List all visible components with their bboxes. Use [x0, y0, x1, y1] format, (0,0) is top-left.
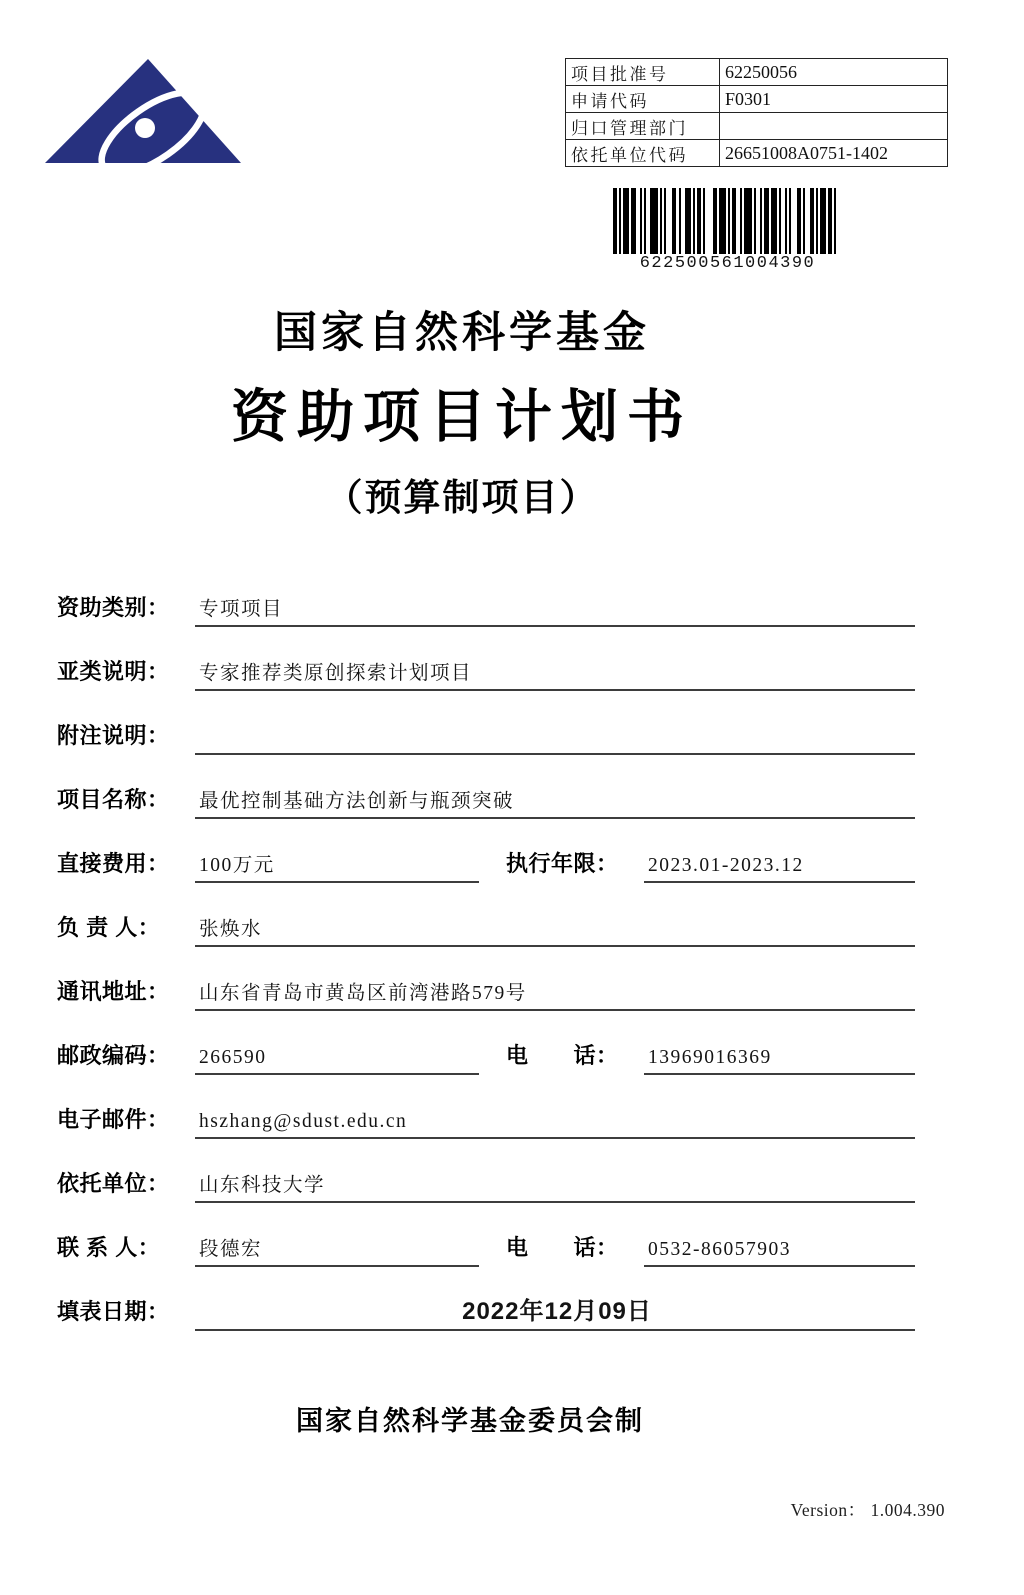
field-label: 亚类说明：	[57, 655, 195, 691]
form-row: 联 系 人：段德宏电 话：0532-86057903	[57, 1203, 915, 1267]
meta-value: 62250056	[720, 59, 948, 86]
field-label: 依托单位：	[57, 1167, 195, 1203]
field-label: 附注说明：	[57, 719, 195, 755]
field-underline: 最优控制基础方法创新与瓶颈突破	[195, 783, 915, 819]
barcode-bar	[650, 188, 658, 254]
form-row: 填表日期：2022年12月09日	[57, 1267, 915, 1331]
field-value: 100万元	[195, 849, 275, 881]
meta-label: 申请代码	[566, 86, 720, 113]
form-row: 依托单位：山东科技大学	[57, 1139, 915, 1203]
barcode-bars	[613, 188, 842, 254]
field-underline: 专家推荐类原创探索计划项目	[195, 655, 915, 691]
field-underline: 266590	[195, 1039, 479, 1075]
barcode-bar	[834, 188, 836, 254]
field-underline: 山东科技大学	[195, 1167, 915, 1203]
version-label: Version：	[791, 1500, 866, 1520]
field-value: 张焕水	[195, 913, 262, 945]
meta-label: 依托单位代码	[566, 140, 720, 167]
nsfc-logo	[45, 55, 241, 167]
field-underline: 2022年12月09日	[195, 1291, 915, 1331]
field-underline: 100万元	[195, 847, 479, 883]
field-value: 13969016369	[644, 1047, 772, 1073]
field-underline: 段德宏	[195, 1231, 479, 1267]
field-label: 邮政编码：	[57, 1039, 195, 1075]
field-underline: 13969016369	[644, 1039, 915, 1075]
field-label: 项目名称：	[57, 783, 195, 819]
page-title-subtitle: （预算制项目）	[0, 467, 924, 521]
field-underline: 0532-86057903	[644, 1231, 915, 1267]
field-label: 填表日期：	[57, 1295, 195, 1331]
barcode-number: 622500561004390	[613, 254, 842, 274]
cover-form: 资助类别：专项项目亚类说明：专家推荐类原创探索计划项目附注说明：项目名称：最优控…	[57, 563, 915, 1331]
meta-value: F0301	[720, 86, 948, 113]
field-value: 山东科技大学	[195, 1169, 325, 1201]
form-row: 亚类说明：专家推荐类原创探索计划项目	[57, 627, 915, 691]
meta-table-row: 依托单位代码26651008A0751-1402	[566, 140, 948, 167]
form-row: 邮政编码：266590电 话：13969016369	[57, 1011, 915, 1075]
form-row: 项目名称：最优控制基础方法创新与瓶颈突破	[57, 755, 915, 819]
field-label: 负 责 人：	[57, 911, 195, 947]
page-title-organization: 国家自然科学基金	[0, 299, 924, 360]
form-row: 附注说明：	[57, 691, 915, 755]
meta-value	[720, 113, 948, 140]
field-value: hszhang@sdust.edu.cn	[195, 1111, 407, 1137]
field-label: 直接费用：	[57, 847, 195, 883]
page-title-main: 资助项目计划书	[0, 371, 924, 453]
field-value: 山东省青岛市黄岛区前湾港路579号	[195, 977, 527, 1009]
field-label: 执行年限：	[506, 847, 644, 883]
field-value: 专项项目	[195, 593, 283, 625]
form-row: 负 责 人：张焕水	[57, 883, 915, 947]
field-underline: 山东省青岛市黄岛区前湾港路579号	[195, 975, 915, 1011]
field-value	[195, 749, 199, 753]
meta-label: 项目批准号	[566, 59, 720, 86]
form-row: 电子邮件：hszhang@sdust.edu.cn	[57, 1075, 915, 1139]
field-value: 266590	[195, 1047, 267, 1073]
field-value: 专家推荐类原创探索计划项目	[195, 657, 472, 689]
field-underline	[195, 719, 915, 755]
field-label: 资助类别：	[57, 591, 195, 627]
field-label: 电 话：	[506, 1039, 644, 1075]
nsfc-logo-graphic	[45, 55, 241, 167]
barcode: 622500561004390	[613, 188, 842, 274]
barcode-gap	[705, 188, 713, 254]
field-underline: 专项项目	[195, 591, 915, 627]
field-label: 电 话：	[506, 1231, 644, 1267]
field-underline: hszhang@sdust.edu.cn	[195, 1103, 915, 1139]
footer-issuer: 国家自然科学基金委员会制	[0, 1399, 940, 1438]
field-value: 0532-86057903	[644, 1239, 791, 1265]
field-value: 段德宏	[195, 1233, 262, 1265]
form-row: 资助类别：专项项目	[57, 563, 915, 627]
field-label: 联 系 人：	[57, 1231, 195, 1267]
field-label: 通讯地址：	[57, 975, 195, 1011]
field-value: 最优控制基础方法创新与瓶颈突破	[195, 785, 514, 817]
meta-value: 26651008A0751-1402	[720, 140, 948, 167]
meta-table-row: 申请代码F0301	[566, 86, 948, 113]
version-line: Version： 1.004.390	[791, 1497, 945, 1522]
meta-table-row: 归口管理部门	[566, 113, 948, 140]
meta-table-row: 项目批准号62250056	[566, 59, 948, 86]
version-value: 1.004.390	[871, 1500, 946, 1520]
field-value: 2022年12月09日	[458, 1291, 652, 1329]
form-row: 直接费用：100万元执行年限：2023.01-2023.12	[57, 819, 915, 883]
field-value: 2023.01-2023.12	[644, 855, 804, 881]
meta-label: 归口管理部门	[566, 113, 720, 140]
field-underline: 张焕水	[195, 911, 915, 947]
project-meta-table: 项目批准号62250056申请代码F0301归口管理部门依托单位代码266510…	[565, 58, 948, 167]
field-underline: 2023.01-2023.12	[644, 847, 915, 883]
barcode-bar	[744, 188, 752, 254]
field-label: 电子邮件：	[57, 1103, 195, 1139]
form-row: 通讯地址：山东省青岛市黄岛区前湾港路579号	[57, 947, 915, 1011]
